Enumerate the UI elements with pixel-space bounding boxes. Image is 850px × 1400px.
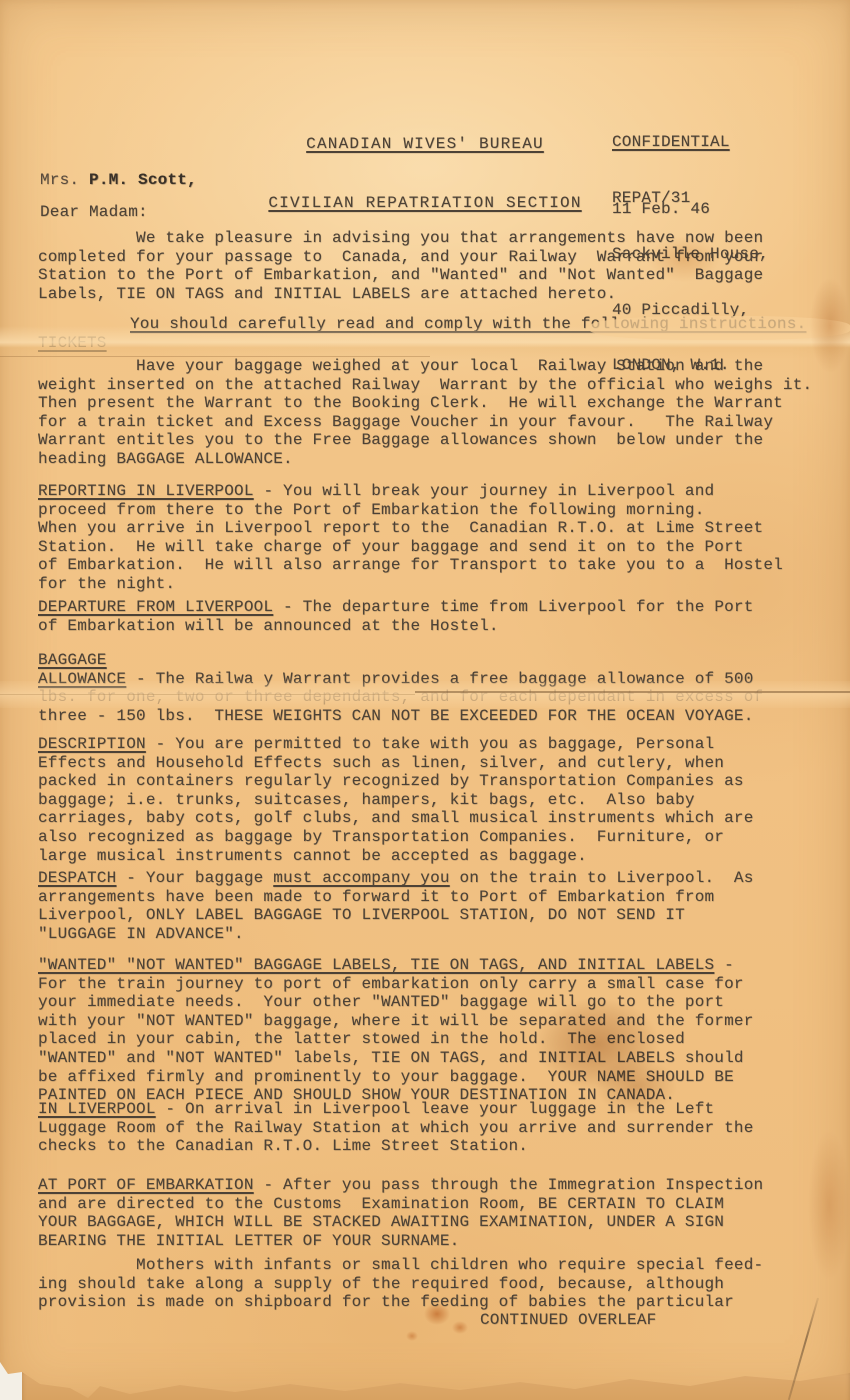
section-baggage-allowance: BAGGAGE ALLOWANCE - The Railwa y Warrant… bbox=[38, 651, 763, 725]
section-body-despatch-pre: - Your baggage bbox=[116, 869, 273, 887]
section-body-baggage-1: - The Railwa y Warrant provides a free b… bbox=[126, 670, 753, 688]
despatch-underlined-phrase: must accompany you bbox=[273, 869, 449, 887]
section-heading-reporting: REPORTING IN LIVERPOOL bbox=[38, 482, 254, 500]
letterhead-center: CANADIAN WIVES' BUREAU CIVILIAN REPATRIA… bbox=[230, 96, 620, 233]
section-heading-tickets: TICKETS bbox=[38, 334, 107, 353]
section-heading-wanted: "WANTED" "NOT WANTED" BAGGAGE LABELS, TI… bbox=[38, 956, 714, 974]
section-heading-baggage: BAGGAGE ALLOWANCE bbox=[38, 651, 126, 688]
instructions-note: You should carefully read and comply wit… bbox=[130, 315, 806, 334]
date-line: 11 Feb. 46 bbox=[612, 200, 710, 219]
section-heading-in-liverpool: IN LIVERPOOL bbox=[38, 1100, 156, 1118]
org-section: CIVILIAN REPATRIATION SECTION bbox=[230, 194, 620, 214]
section-heading-despatch: DESPATCH bbox=[38, 869, 116, 887]
section-departure: DEPARTURE FROM LIVERPOOL - The departure… bbox=[38, 598, 754, 635]
salutation: Dear Madam: bbox=[40, 203, 148, 222]
section-body-baggage-2: three - 150 lbs. THESE WEIGHTS CAN NOT B… bbox=[38, 707, 754, 725]
section-wanted-labels: "WANTED" "NOT WANTED" BAGGAGE LABELS, TI… bbox=[38, 956, 754, 1105]
section-description: DESCRIPTION - You are permitted to take … bbox=[38, 735, 754, 865]
continued-overleaf: CONTINUED OVERLEAF bbox=[480, 1311, 656, 1330]
recipient-prefix: Mrs. bbox=[40, 171, 79, 189]
crease-faded-line: lbs. for one, two or three dependants, a… bbox=[38, 688, 763, 706]
intro-paragraph: We take pleasure in advising you that ar… bbox=[38, 229, 763, 303]
section-despatch: DESPATCH - Your baggage must accompany y… bbox=[38, 869, 754, 943]
closing-paragraph: Mothers with infants or small children w… bbox=[38, 1256, 763, 1312]
recipient-name: P.M. Scott, bbox=[89, 171, 197, 189]
org-name: CANADIAN WIVES' BUREAU bbox=[230, 135, 620, 155]
section-heading-departure: DEPARTURE FROM LIVERPOOL bbox=[38, 598, 273, 616]
section-in-liverpool: IN LIVERPOOL - On arrival in Liverpool l… bbox=[38, 1100, 754, 1156]
section-heading-at-port: AT PORT OF EMBARKATION bbox=[38, 1176, 254, 1194]
recipient-line: Mrs. P.M. Scott, bbox=[40, 171, 197, 190]
section-reporting: REPORTING IN LIVERPOOL - You will break … bbox=[38, 482, 783, 594]
section-at-port: AT PORT OF EMBARKATION - After you pass … bbox=[38, 1176, 763, 1250]
section-body-wanted: - For the train journey to port of embar… bbox=[38, 956, 754, 1104]
section-body-tickets: Have your baggage weighed at your local … bbox=[38, 357, 812, 469]
section-body-description: - You are permitted to take with you as … bbox=[38, 735, 754, 865]
confidential-label: CONFIDENTIAL bbox=[612, 133, 769, 152]
section-heading-description: DESCRIPTION bbox=[38, 735, 146, 753]
